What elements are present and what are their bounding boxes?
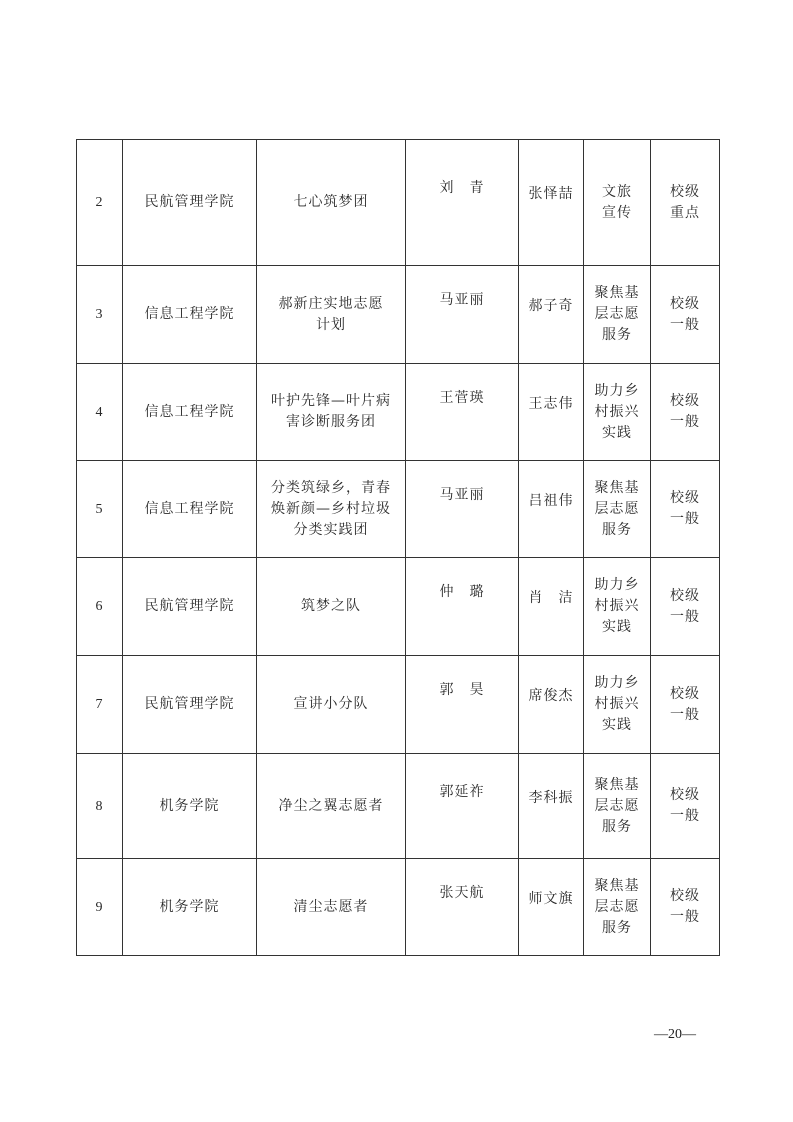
cell-college-text: 机务学院 (123, 796, 256, 817)
cell-leader-text: 李科振 (519, 788, 583, 809)
cell-team-line: 净尘之翼志愿者 (257, 796, 405, 817)
cell-category: 助力乡村振兴实践 (584, 656, 651, 754)
cell-no-text: 6 (77, 596, 122, 617)
cell-advisor: 王菅瑛 (406, 364, 519, 461)
cell-level: 校级重点 (651, 140, 720, 266)
cell-no-text: 9 (77, 897, 122, 918)
table-row: 7民航管理学院宣讲小分队郭 昊席俊杰助力乡村振兴实践校级一般 (77, 656, 720, 754)
cell-college-text: 民航管理学院 (123, 694, 256, 715)
table-row: 8机务学院净尘之翼志愿者郭延祚李科振聚焦基层志愿服务校级一般 (77, 754, 720, 859)
cell-college-text: 民航管理学院 (123, 596, 256, 617)
cell-category: 聚焦基层志愿服务 (584, 461, 651, 558)
cell-college: 民航管理学院 (123, 558, 257, 656)
cell-level: 校级一般 (651, 558, 720, 656)
cell-advisor: 张天航 (406, 859, 519, 956)
cell-category-line: 聚焦基 (584, 775, 650, 796)
cell-level-line: 一般 (651, 315, 719, 336)
cell-category-line: 服务 (584, 520, 650, 541)
cell-category-line: 层志愿 (584, 796, 650, 817)
cell-category-line: 聚焦基 (584, 283, 650, 304)
cell-no: 4 (77, 364, 123, 461)
cell-level-line: 校级 (651, 391, 719, 412)
cell-level-line: 重点 (651, 203, 719, 224)
cell-team-line: 害诊断服务团 (257, 412, 405, 433)
cell-college-text: 民航管理学院 (123, 192, 256, 213)
cell-leader: 师文旗 (519, 859, 584, 956)
cell-category: 聚焦基层志愿服务 (584, 266, 651, 364)
cell-category: 助力乡村振兴实践 (584, 364, 651, 461)
cell-level: 校级一般 (651, 266, 720, 364)
cell-team: 清尘志愿者 (257, 859, 406, 956)
cell-level-line: 校级 (651, 488, 719, 509)
cell-category-line: 服务 (584, 918, 650, 939)
cell-category: 文旅宣传 (584, 140, 651, 266)
cell-category-line: 助力乡 (584, 381, 650, 402)
cell-no-text: 5 (77, 499, 122, 520)
cell-college: 机务学院 (123, 859, 257, 956)
cell-level-line: 一般 (651, 907, 719, 928)
cell-no-text: 8 (77, 796, 122, 817)
cell-level: 校级一般 (651, 754, 720, 859)
cell-leader: 王志伟 (519, 364, 584, 461)
cell-team-line: 分类筑绿乡，青春 (257, 478, 405, 499)
cell-college-text: 信息工程学院 (123, 304, 256, 325)
cell-team-line: 分类实践团 (257, 520, 405, 541)
cell-category-line: 实践 (584, 617, 650, 638)
cell-level: 校级一般 (651, 461, 720, 558)
cell-leader-text: 张怿喆 (519, 184, 583, 205)
cell-no: 6 (77, 558, 123, 656)
cell-advisor-text: 马亚丽 (406, 290, 518, 311)
table-row: 5信息工程学院分类筑绿乡，青春焕新颜—乡村垃圾分类实践团马亚丽吕祖伟聚焦基层志愿… (77, 461, 720, 558)
cell-team-line: 清尘志愿者 (257, 897, 405, 918)
cell-level-line: 校级 (651, 586, 719, 607)
cell-advisor-text: 郭 昊 (406, 680, 518, 701)
cell-college: 机务学院 (123, 754, 257, 859)
project-table: 2民航管理学院七心筑梦团刘 青张怿喆文旅宣传校级重点3信息工程学院郝新庄实地志愿… (76, 139, 720, 956)
cell-level-line: 一般 (651, 607, 719, 628)
cell-no: 2 (77, 140, 123, 266)
cell-team: 宣讲小分队 (257, 656, 406, 754)
cell-level-line: 一般 (651, 509, 719, 530)
cell-advisor: 郭延祚 (406, 754, 519, 859)
table-row: 2民航管理学院七心筑梦团刘 青张怿喆文旅宣传校级重点 (77, 140, 720, 266)
cell-no: 7 (77, 656, 123, 754)
cell-category-line: 文旅 (584, 182, 650, 203)
cell-category-line: 层志愿 (584, 499, 650, 520)
cell-team: 七心筑梦团 (257, 140, 406, 266)
cell-category-line: 服务 (584, 817, 650, 838)
cell-team: 净尘之翼志愿者 (257, 754, 406, 859)
page-number: —20— (654, 1027, 696, 1043)
cell-category-line: 聚焦基 (584, 478, 650, 499)
cell-team: 郝新庄实地志愿计划 (257, 266, 406, 364)
cell-leader-text: 郝子奇 (519, 296, 583, 317)
cell-level-line: 校级 (651, 886, 719, 907)
cell-advisor: 郭 昊 (406, 656, 519, 754)
cell-category-line: 服务 (584, 325, 650, 346)
cell-team: 筑梦之队 (257, 558, 406, 656)
cell-level-line: 校级 (651, 684, 719, 705)
cell-leader: 郝子奇 (519, 266, 584, 364)
cell-level: 校级一般 (651, 364, 720, 461)
cell-college: 民航管理学院 (123, 140, 257, 266)
cell-advisor: 马亚丽 (406, 266, 519, 364)
cell-team: 叶护先锋—叶片病害诊断服务团 (257, 364, 406, 461)
cell-leader: 李科振 (519, 754, 584, 859)
cell-level: 校级一般 (651, 859, 720, 956)
cell-college: 信息工程学院 (123, 266, 257, 364)
cell-no: 9 (77, 859, 123, 956)
cell-category-line: 村振兴 (584, 402, 650, 423)
cell-leader: 张怿喆 (519, 140, 584, 266)
cell-no-text: 2 (77, 192, 122, 213)
cell-level-line: 一般 (651, 806, 719, 827)
cell-category-line: 助力乡 (584, 575, 650, 596)
cell-college-text: 信息工程学院 (123, 499, 256, 520)
cell-leader: 席俊杰 (519, 656, 584, 754)
cell-category-line: 村振兴 (584, 596, 650, 617)
table-row: 6民航管理学院筑梦之队仲 璐肖 洁助力乡村振兴实践校级一般 (77, 558, 720, 656)
cell-level-line: 一般 (651, 412, 719, 433)
cell-team-line: 筑梦之队 (257, 596, 405, 617)
cell-advisor-text: 王菅瑛 (406, 388, 518, 409)
cell-advisor-text: 刘 青 (406, 178, 518, 199)
cell-category-line: 聚焦基 (584, 876, 650, 897)
cell-advisor-text: 仲 璐 (406, 582, 518, 603)
cell-college: 信息工程学院 (123, 364, 257, 461)
cell-level-line: 校级 (651, 785, 719, 806)
cell-category-line: 实践 (584, 423, 650, 444)
table-row: 4信息工程学院叶护先锋—叶片病害诊断服务团王菅瑛王志伟助力乡村振兴实践校级一般 (77, 364, 720, 461)
cell-no: 5 (77, 461, 123, 558)
cell-leader: 吕祖伟 (519, 461, 584, 558)
cell-category-line: 村振兴 (584, 694, 650, 715)
cell-no-text: 4 (77, 402, 122, 423)
cell-advisor: 仲 璐 (406, 558, 519, 656)
cell-college: 信息工程学院 (123, 461, 257, 558)
cell-advisor: 刘 青 (406, 140, 519, 266)
cell-college-text: 信息工程学院 (123, 402, 256, 423)
cell-advisor-text: 马亚丽 (406, 485, 518, 506)
cell-leader-text: 席俊杰 (519, 686, 583, 707)
cell-level: 校级一般 (651, 656, 720, 754)
cell-category: 聚焦基层志愿服务 (584, 754, 651, 859)
cell-category-line: 助力乡 (584, 673, 650, 694)
cell-category: 聚焦基层志愿服务 (584, 859, 651, 956)
cell-team: 分类筑绿乡，青春焕新颜—乡村垃圾分类实践团 (257, 461, 406, 558)
cell-advisor-text: 张天航 (406, 883, 518, 904)
cell-no-text: 7 (77, 694, 122, 715)
cell-leader: 肖 洁 (519, 558, 584, 656)
cell-team-line: 郝新庄实地志愿 (257, 294, 405, 315)
cell-category-line: 宣传 (584, 203, 650, 224)
cell-level-line: 一般 (651, 705, 719, 726)
cell-level-line: 校级 (651, 182, 719, 203)
cell-team-line: 叶护先锋—叶片病 (257, 391, 405, 412)
table-row: 9机务学院清尘志愿者张天航师文旗聚焦基层志愿服务校级一般 (77, 859, 720, 956)
cell-level-line: 校级 (651, 294, 719, 315)
cell-category: 助力乡村振兴实践 (584, 558, 651, 656)
cell-advisor: 马亚丽 (406, 461, 519, 558)
cell-category-line: 层志愿 (584, 304, 650, 325)
cell-leader-text: 吕祖伟 (519, 491, 583, 512)
cell-college: 民航管理学院 (123, 656, 257, 754)
cell-team-line: 七心筑梦团 (257, 192, 405, 213)
cell-team-line: 焕新颜—乡村垃圾 (257, 499, 405, 520)
table-body: 2民航管理学院七心筑梦团刘 青张怿喆文旅宣传校级重点3信息工程学院郝新庄实地志愿… (77, 140, 720, 956)
cell-leader-text: 师文旗 (519, 889, 583, 910)
cell-no-text: 3 (77, 304, 122, 325)
cell-no: 8 (77, 754, 123, 859)
table-row: 3信息工程学院郝新庄实地志愿计划马亚丽郝子奇聚焦基层志愿服务校级一般 (77, 266, 720, 364)
cell-advisor-text: 郭延祚 (406, 782, 518, 803)
cell-leader-text: 王志伟 (519, 394, 583, 415)
cell-team-line: 计划 (257, 315, 405, 336)
cell-college-text: 机务学院 (123, 897, 256, 918)
cell-category-line: 实践 (584, 715, 650, 736)
cell-category-line: 层志愿 (584, 897, 650, 918)
cell-no: 3 (77, 266, 123, 364)
cell-team-line: 宣讲小分队 (257, 694, 405, 715)
cell-leader-text: 肖 洁 (519, 588, 583, 609)
